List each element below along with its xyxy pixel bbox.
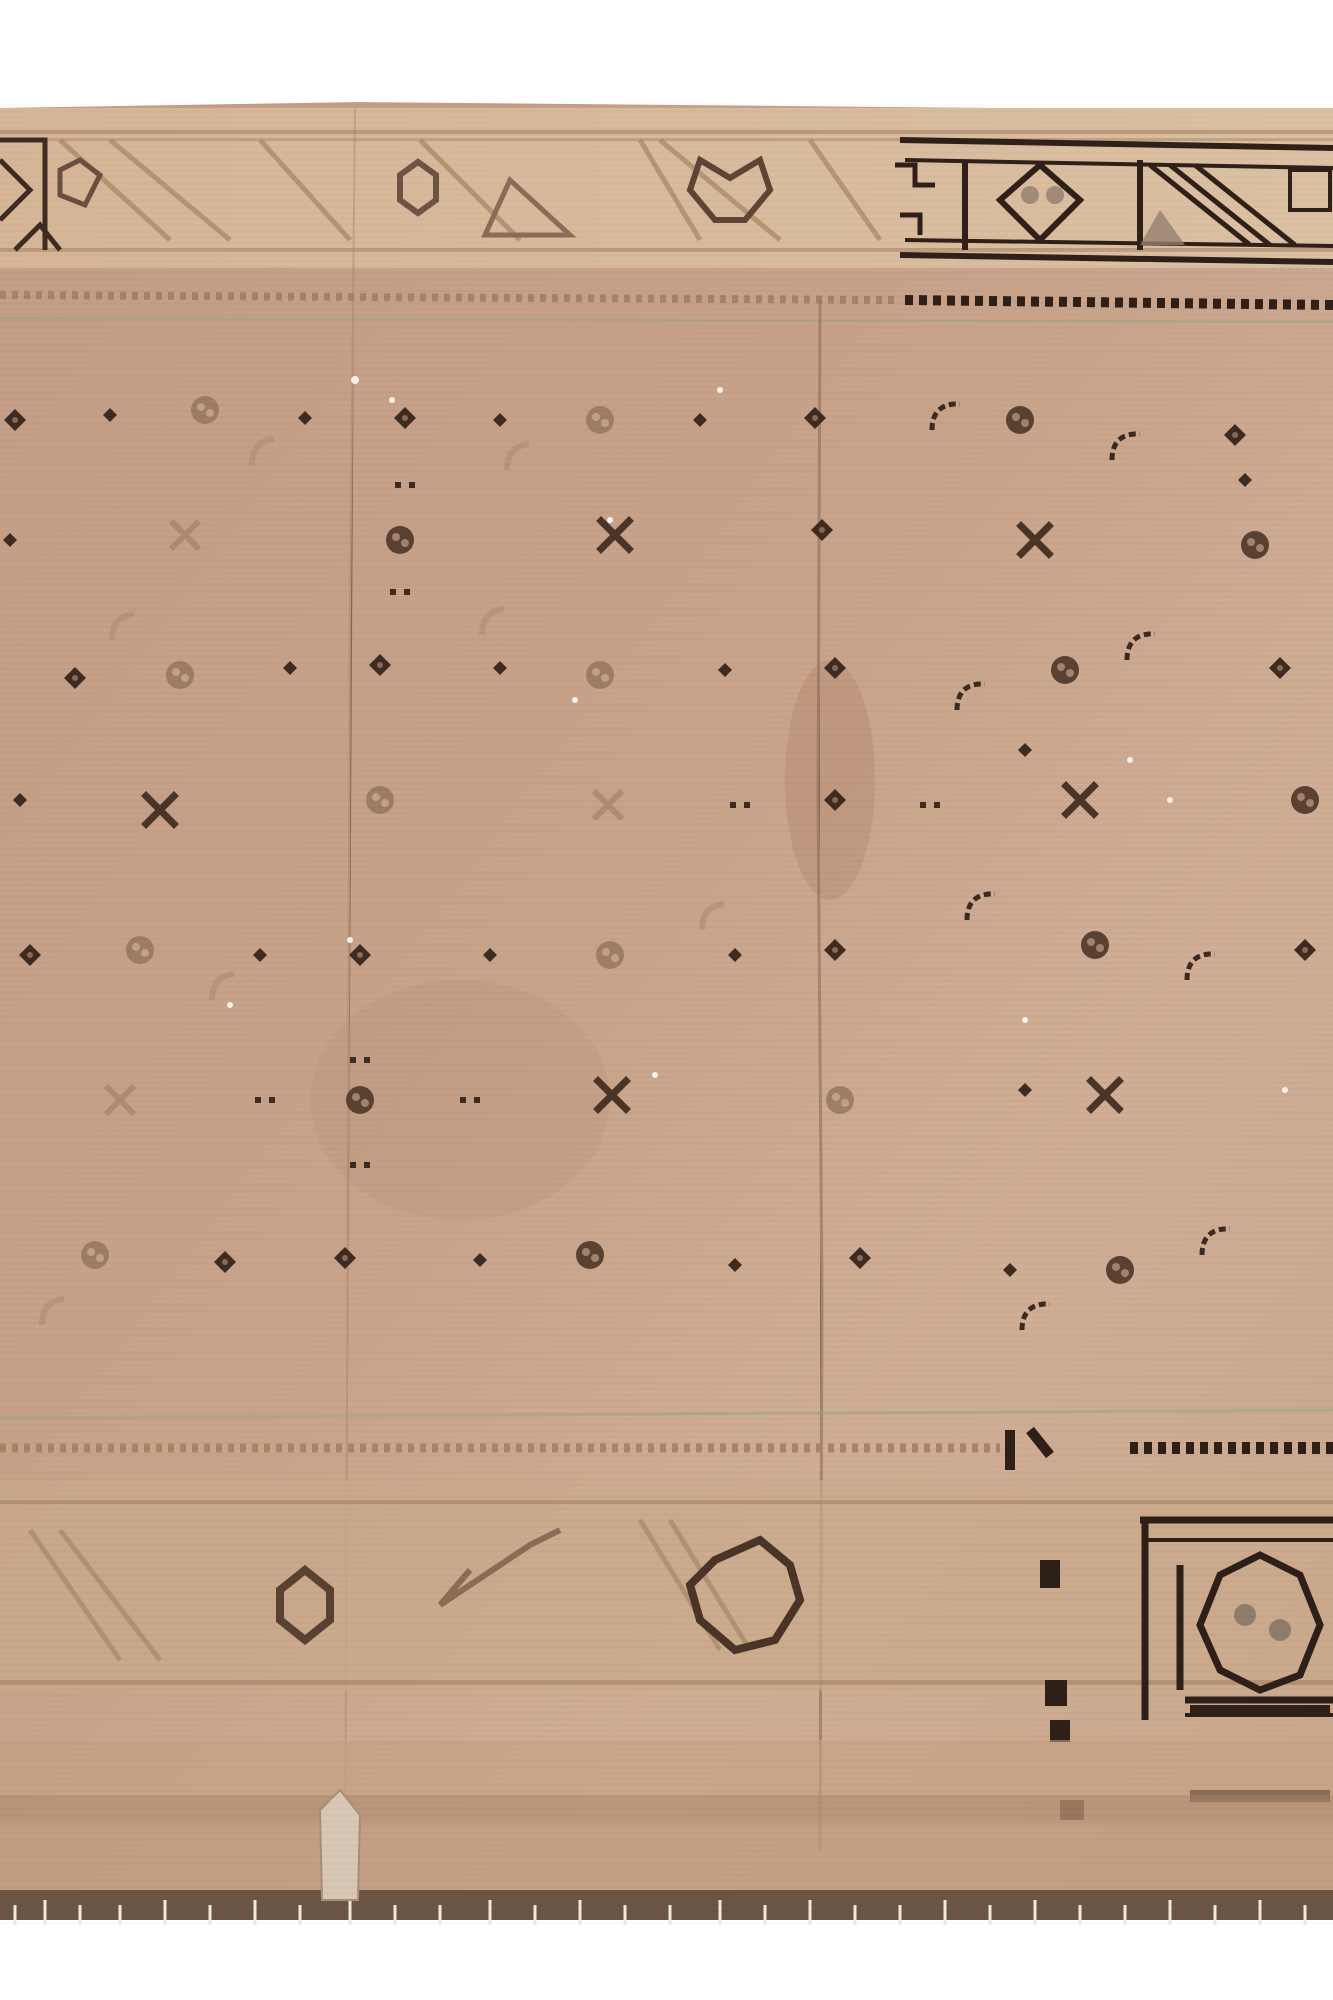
rug-photo [0, 0, 1333, 2000]
